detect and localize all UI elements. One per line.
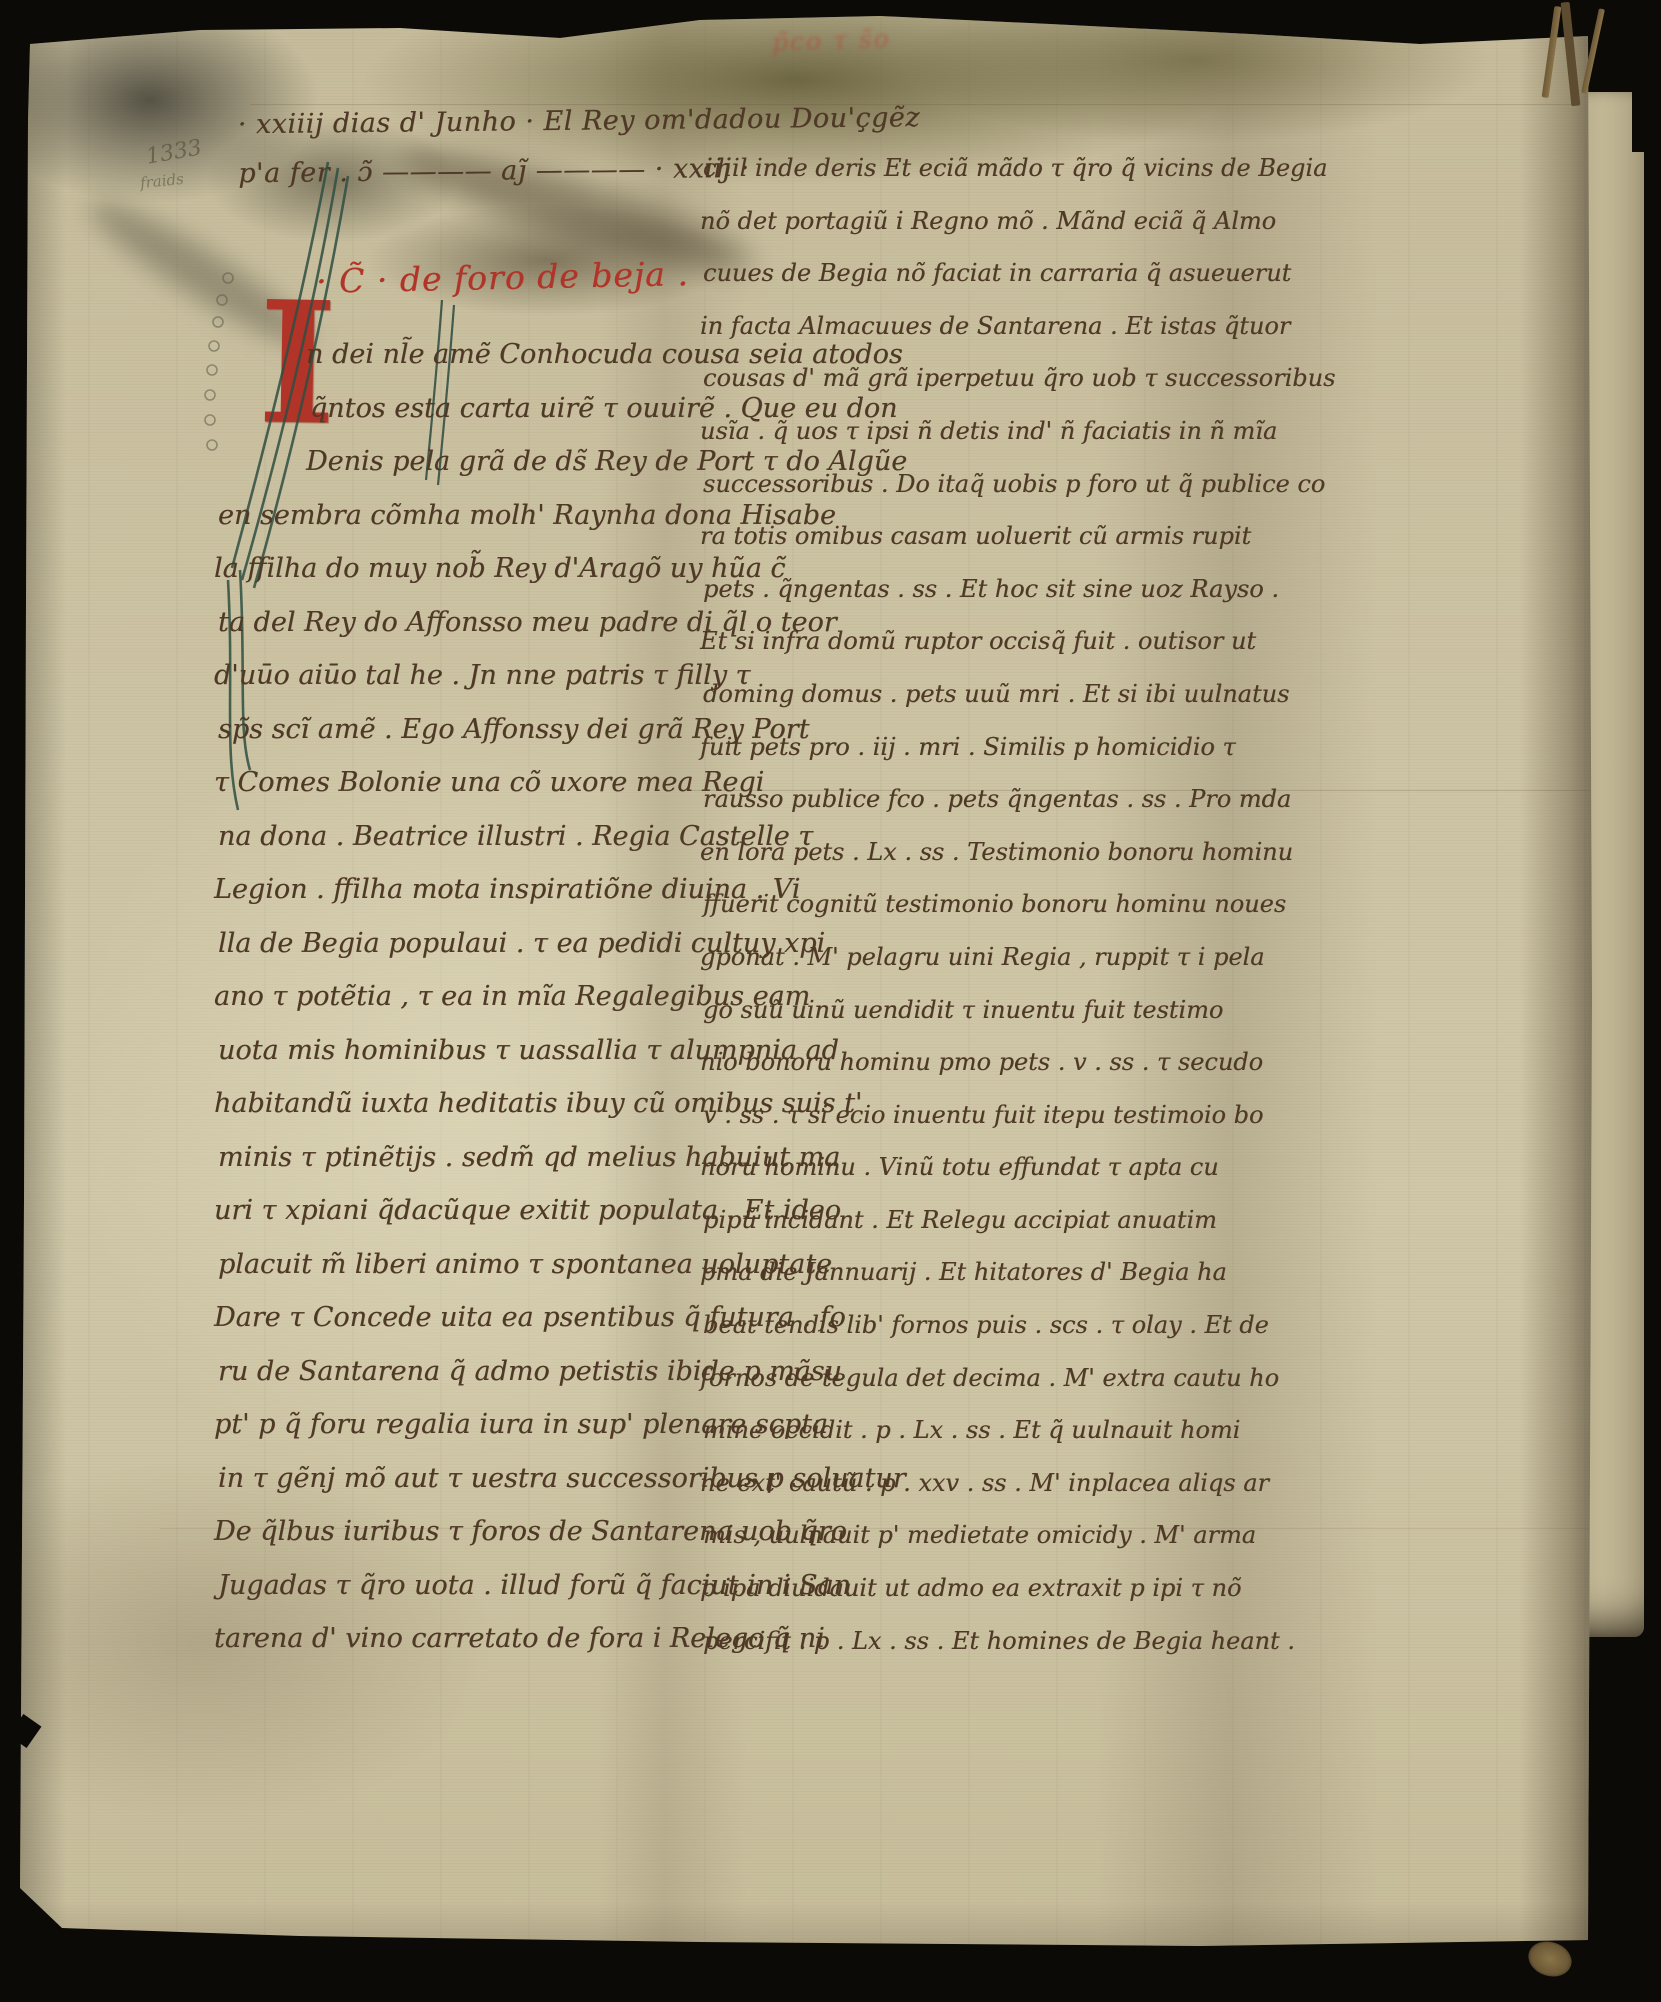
- manuscript-line: fuit pets pro . iij . mri . Similis p ho…: [700, 721, 1200, 774]
- manuscript-line: sp̃s scĩ amẽ . Ego Affonssy dei grã Rey …: [218, 703, 678, 757]
- manuscript-line: uri τ xpiani q̃dacũque exitit populata .…: [214, 1184, 674, 1238]
- manuscript-line: en lora pets . Lx . ss . Testimonio bono…: [700, 826, 1200, 879]
- manuscript-line: pt' p q̃ foru regalia iura in sup' plena…: [214, 1398, 674, 1452]
- left-text-column: n dei nl̃e amẽ Conhocuda cousa seia atod…: [214, 328, 674, 1666]
- manuscript-line: cousas d' mã grã iperpetuu q̃ro uob τ su…: [703, 352, 1203, 405]
- manuscript-line: pma die Jannuarij . Et hitatores d' Begi…: [700, 1246, 1200, 1299]
- manuscript-line: minis τ ptinẽtijs . sedm̃ qd melius habu…: [218, 1131, 678, 1185]
- manuscript-line: Legion . ffilha mota inspiratiõne diuina…: [214, 863, 674, 917]
- manuscript-line: noru hominu . Vinũ totu effundat τ apta …: [700, 1141, 1200, 1194]
- manuscript-line: in τ gẽnj mõ aut τ uestra successoribus …: [218, 1452, 678, 1506]
- manuscript-line: gponat . M' pelagru uini Regia , ruppit …: [700, 931, 1200, 984]
- margin-note: fraids: [139, 170, 184, 192]
- manuscript-line: d'uūo aiūo tal he . Jn nne patris τ fill…: [214, 649, 674, 703]
- manuscript-line: fornos de tegula det decima . M' extra c…: [700, 1352, 1200, 1405]
- manuscript-line: ano τ potẽtia , τ ea in mĩa Regalegibus …: [214, 970, 674, 1024]
- manuscript-line: cuues de Begia nõ faciat in carraria q̃ …: [703, 247, 1203, 300]
- manuscript-line: tarena d' vino carretato de fora i Releg…: [214, 1612, 674, 1666]
- manuscript-line: lla de Begia populaui . τ ea pedidi cult…: [218, 917, 678, 971]
- manuscript-line: na dona . Beatrice illustri . Regia Cast…: [218, 810, 678, 864]
- manuscript-line: successoribus . Do itaq̃ uobis p foro ut…: [703, 458, 1203, 511]
- faded-red-offset-mark: p̃co τ s̃o: [772, 24, 892, 57]
- right-text-column: chil inde deris Et eciã mãdo τ q̃ro q̃ v…: [700, 142, 1200, 1667]
- manuscript-line: v . ss . τ si ecio inuentu fuit itepu te…: [703, 1089, 1203, 1142]
- manuscript-line: go suũ uinũ uendidit τ inuentu fuit test…: [703, 984, 1203, 1037]
- manuscript-line: doming domus . pets uuũ mri . Et si ibi …: [703, 668, 1203, 721]
- manuscript-line: Et si infra domũ ruptor occisq̃ fuit . o…: [700, 615, 1200, 668]
- manuscript-line: chil inde deris Et eciã mãdo τ q̃ro q̃ v…: [703, 142, 1203, 195]
- sewing-thread-bottom: [1524, 1936, 1576, 1982]
- manuscript-line: mine occidit . p . Lx . ss . Et q̃ uulna…: [703, 1404, 1203, 1457]
- manuscript-line: beat tendis lib' fornos puis . scs . τ o…: [703, 1299, 1203, 1352]
- manuscript-line: in facta Almacuues de Santarena . Et ist…: [700, 300, 1200, 353]
- manuscript-line: rausso publice fco . pets q̃ngentas . ss…: [703, 773, 1203, 826]
- manuscript-line: τ Comes Bolonie una cõ uxore mea Regi: [214, 756, 674, 810]
- manuscript-line: nõ det portagiũ i Regno mõ . Mãnd eciã q…: [700, 195, 1200, 248]
- manuscript-line: la ffilha do muy nob̃ Rey d'Aragõ uy hũa…: [214, 542, 674, 596]
- manuscript-line: en sembra cõmha molh' Raynha dona Hisabe: [218, 489, 678, 543]
- manuscript-line: ffuerit cognitũ testimonio bonoru hominu…: [703, 878, 1203, 931]
- manuscript-line: pets . q̃ngentas . ss . Et hoc sit sine …: [703, 563, 1203, 616]
- manuscript-line: n dei nl̃e amẽ Conhocuda cousa seia atod…: [214, 328, 674, 382]
- manuscript-line: ra totis omibus casam uoluerit cũ armis …: [700, 510, 1200, 563]
- manuscript-line: ne ext' cautũ . p . xxv . ss . M' inplac…: [700, 1457, 1200, 1510]
- manuscript-line: Jugadas τ q̃ro uota . illud forũ q̃ faci…: [218, 1559, 678, 1613]
- manuscript-line: ta del Rey do Affonsso meu padre di q̃l …: [218, 596, 678, 650]
- manuscript-photo: · xxiiij dias d' Junho · El Rey om'dadou…: [0, 0, 1661, 2002]
- manuscript-line: Dare τ Concede uita ea psentibus q̃ futu…: [214, 1291, 674, 1345]
- manuscript-line: p ipa diuidauit ut admo ea extraxit p ip…: [700, 1562, 1200, 1615]
- header-line-1: · xxiiij dias d' Junho · El Rey om'dadou…: [238, 92, 1058, 150]
- manuscript-line: ru de Santarena q̃ admo petistis ibide p…: [218, 1345, 678, 1399]
- manuscript-line: q̃ntos esta carta uirẽ τ ouuirẽ . Que eu…: [218, 382, 678, 436]
- manuscript-line: usĩa . q̃ uos τ ipsi ñ detis ind' ñ faci…: [700, 405, 1200, 458]
- manuscript-line: Denis pela grã de ds̃ Rey de Port τ do A…: [214, 435, 674, 489]
- manuscript-line: De q̃lbus iuribus τ foros de Santarena u…: [214, 1505, 674, 1559]
- manuscript-line: mis , uulnauit p' medietate omicidy . M'…: [703, 1509, 1203, 1562]
- parchment-page: · xxiiij dias d' Junho · El Rey om'dadou…: [0, 0, 1661, 2002]
- manuscript-line: uota mis hominibus τ uassallia τ alumpni…: [218, 1024, 678, 1078]
- manuscript-line: habitandũ iuxta heditatis ibuy cũ omibus…: [214, 1077, 674, 1131]
- manuscript-line: percifit . p . Lx . ss . Et homines de B…: [703, 1615, 1203, 1668]
- manuscript-line: placuit m̃ liberi animo τ spontanea uolu…: [218, 1238, 678, 1292]
- manuscript-line: nio bonoru hominu pmo pets . v . ss . τ …: [700, 1036, 1200, 1089]
- manuscript-line: pipũ incidant . Et Relegu accipiat anuat…: [703, 1194, 1203, 1247]
- binding-gap-top-right: [1632, 0, 1661, 152]
